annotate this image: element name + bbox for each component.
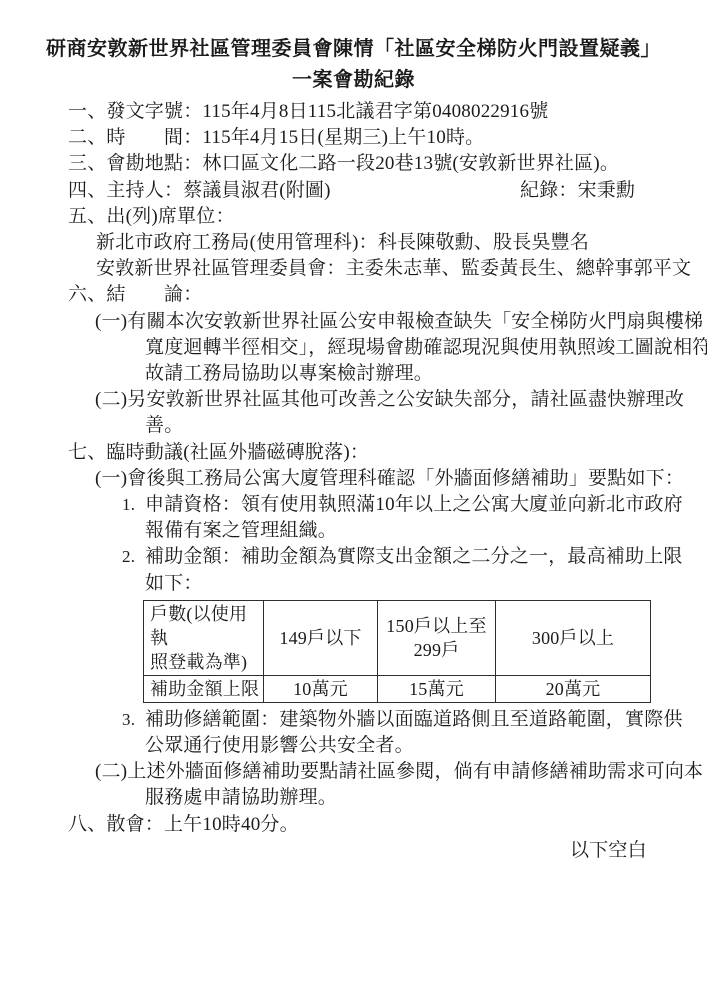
table-cell: 10萬元 — [264, 675, 378, 702]
recorder-note: 紀錄：宋秉勳 — [520, 178, 635, 204]
line-text: 三、會勘地點：林口區文化二路一段20巷13號(安敦新世界社區)。 — [68, 153, 619, 174]
line-text: 補助金額：補助金額為實際支出金額之二分之一，最高補助上限 — [145, 546, 683, 567]
line-text: 寬度迴轉半徑相交」，經現場會勘確認現況與使用執照竣工圖說相符， — [145, 337, 707, 358]
doc-line: (一)有關本次安敦新世界社區公安申報檢查缺失「安全梯防火門扇與樓梯 — [95, 309, 707, 335]
table-cell: 149戶以下 — [264, 600, 378, 675]
line-text: 一、發文字號：115年4月8日115北議君字第0408022916號 — [68, 101, 548, 122]
line-text: (二)另安敦新世界社區其他可改善之公安缺失部分，請社區盡快辦理改 — [95, 389, 684, 410]
line-text: 申請資格：領有使用執照滿10年以上之公寓大廈並向新北市政府 — [145, 494, 683, 515]
table-row: 戶數(以使用執照登載為準)149戶以下150戶以上至299戶300戶以上 — [144, 600, 651, 675]
line-text: 公眾通行使用影響公共安全者。 — [145, 735, 414, 756]
table-cell: 20萬元 — [496, 675, 651, 702]
table-row: 補助金額上限10萬元15萬元20萬元 — [144, 675, 651, 702]
line-text: 新北市政府工務局(使用管理科)：科長陳敬勳、股長吳豐名 — [96, 232, 589, 253]
doc-line: 報備有案之管理組織。 — [145, 518, 707, 544]
document-title-line-1: 研商安敦新世界社區管理委員會陳情「社區安全梯防火門設置疑義」 — [0, 34, 707, 65]
doc-line: 以下空白 — [570, 838, 707, 864]
line-text: 安敦新世界社區管理委員會：主委朱志華、監委黃長生、總幹事郭平文 — [96, 258, 691, 279]
doc-line: 安敦新世界社區管理委員會：主委朱志華、監委黃長生、總幹事郭平文 — [96, 256, 707, 282]
doc-line: 寬度迴轉半徑相交」，經現場會勘確認現況與使用執照竣工圖說相符， — [145, 335, 707, 361]
doc-line: 八、散會：上午10時40分。 — [68, 812, 707, 838]
doc-line: 服務處申請協助辦理。 — [145, 785, 707, 811]
line-text: 善。 — [145, 415, 183, 436]
line-text: 如下： — [145, 573, 203, 594]
doc-line: 公眾通行使用影響公共安全者。 — [145, 733, 707, 759]
line-text: 報備有案之管理組織。 — [145, 520, 337, 541]
table-cell: 補助金額上限 — [144, 675, 264, 702]
doc-line: 四、主持人：蔡議員淑君(附圖)紀錄：宋秉勳 — [68, 178, 707, 204]
document-title-line-2: 一案會勘紀錄 — [0, 65, 707, 96]
doc-line: 1.申請資格：領有使用執照滿10年以上之公寓大廈並向新北市政府 — [122, 492, 707, 518]
doc-line: 五、出(列)席單位： — [68, 204, 707, 230]
line-text: (一)會後與工務局公寓大廈管理科確認「外牆面修繕補助」要點如下： — [95, 468, 684, 489]
line-text: 四、主持人：蔡議員淑君(附圖) — [68, 180, 331, 201]
doc-line: 如下： — [145, 571, 707, 597]
doc-line: 六、結 論： — [68, 282, 707, 308]
doc-line: (二)另安敦新世界社區其他可改善之公安缺失部分，請社區盡快辦理改 — [95, 387, 707, 413]
list-number: 1. — [122, 492, 145, 518]
line-text: 以下空白 — [570, 840, 647, 861]
list-number: 3. — [122, 707, 145, 733]
line-text: 故請工務局協助以專案檢討辦理。 — [145, 363, 433, 384]
document-body: 一、發文字號：115年4月8日115北議君字第0408022916號二、時 間：… — [0, 99, 707, 864]
doc-line: 3.補助修繕範圍：建築物外牆以面臨道路側且至道路範圍，實際供 — [122, 707, 707, 733]
line-text: 五、出(列)席單位： — [68, 206, 235, 227]
line-text: 八、散會：上午10時40分。 — [68, 814, 299, 835]
line-text: 二、時 間：115年4月15日(星期三)上午10時。 — [68, 127, 484, 148]
doc-line: 七、臨時動議(社區外牆磁磚脫落)： — [68, 440, 707, 466]
table-cell: 戶數(以使用執照登載為準) — [144, 600, 264, 675]
table-cell: 300戶以上 — [496, 600, 651, 675]
doc-line: 2.補助金額：補助金額為實際支出金額之二分之一，最高補助上限 — [122, 544, 707, 570]
doc-line: 三、會勘地點：林口區文化二路一段20巷13號(安敦新世界社區)。 — [68, 151, 707, 177]
line-text: (一)有關本次安敦新世界社區公安申報檢查缺失「安全梯防火門扇與樓梯 — [95, 311, 703, 332]
line-text: 補助修繕範圍：建築物外牆以面臨道路側且至道路範圍，實際供 — [145, 709, 683, 730]
line-text: (二)上述外牆面修繕補助要點請社區參閱，倘有申請修繕補助需求可向本 — [95, 761, 703, 782]
table-cell: 150戶以上至299戶 — [378, 600, 496, 675]
line-text: 七、臨時動議(社區外牆磁磚脫落)： — [68, 442, 369, 463]
doc-line: 新北市政府工務局(使用管理科)：科長陳敬勳、股長吳豐名 — [96, 230, 707, 256]
doc-line: 故請工務局協助以專案檢討辦理。 — [145, 361, 707, 387]
meeting-record-document: 研商安敦新世界社區管理委員會陳情「社區安全梯防火門設置疑義」 一案會勘紀錄 一、… — [0, 0, 707, 1000]
list-number: 2. — [122, 544, 145, 570]
line-text: 服務處申請協助辦理。 — [145, 787, 337, 808]
doc-line: 二、時 間：115年4月15日(星期三)上午10時。 — [68, 125, 707, 151]
doc-line: (二)上述外牆面修繕補助要點請社區參閱，倘有申請修繕補助需求可向本 — [95, 759, 707, 785]
doc-line: 善。 — [145, 413, 707, 439]
line-text: 六、結 論： — [68, 284, 202, 305]
document-title: 研商安敦新世界社區管理委員會陳情「社區安全梯防火門設置疑義」 一案會勘紀錄 — [0, 0, 707, 96]
subsidy-table: 戶數(以使用執照登載為準)149戶以下150戶以上至299戶300戶以上補助金額… — [143, 600, 651, 703]
table-cell: 15萬元 — [378, 675, 496, 702]
doc-line: (一)會後與工務局公寓大廈管理科確認「外牆面修繕補助」要點如下： — [95, 466, 707, 492]
doc-line: 一、發文字號：115年4月8日115北議君字第0408022916號 — [68, 99, 707, 125]
